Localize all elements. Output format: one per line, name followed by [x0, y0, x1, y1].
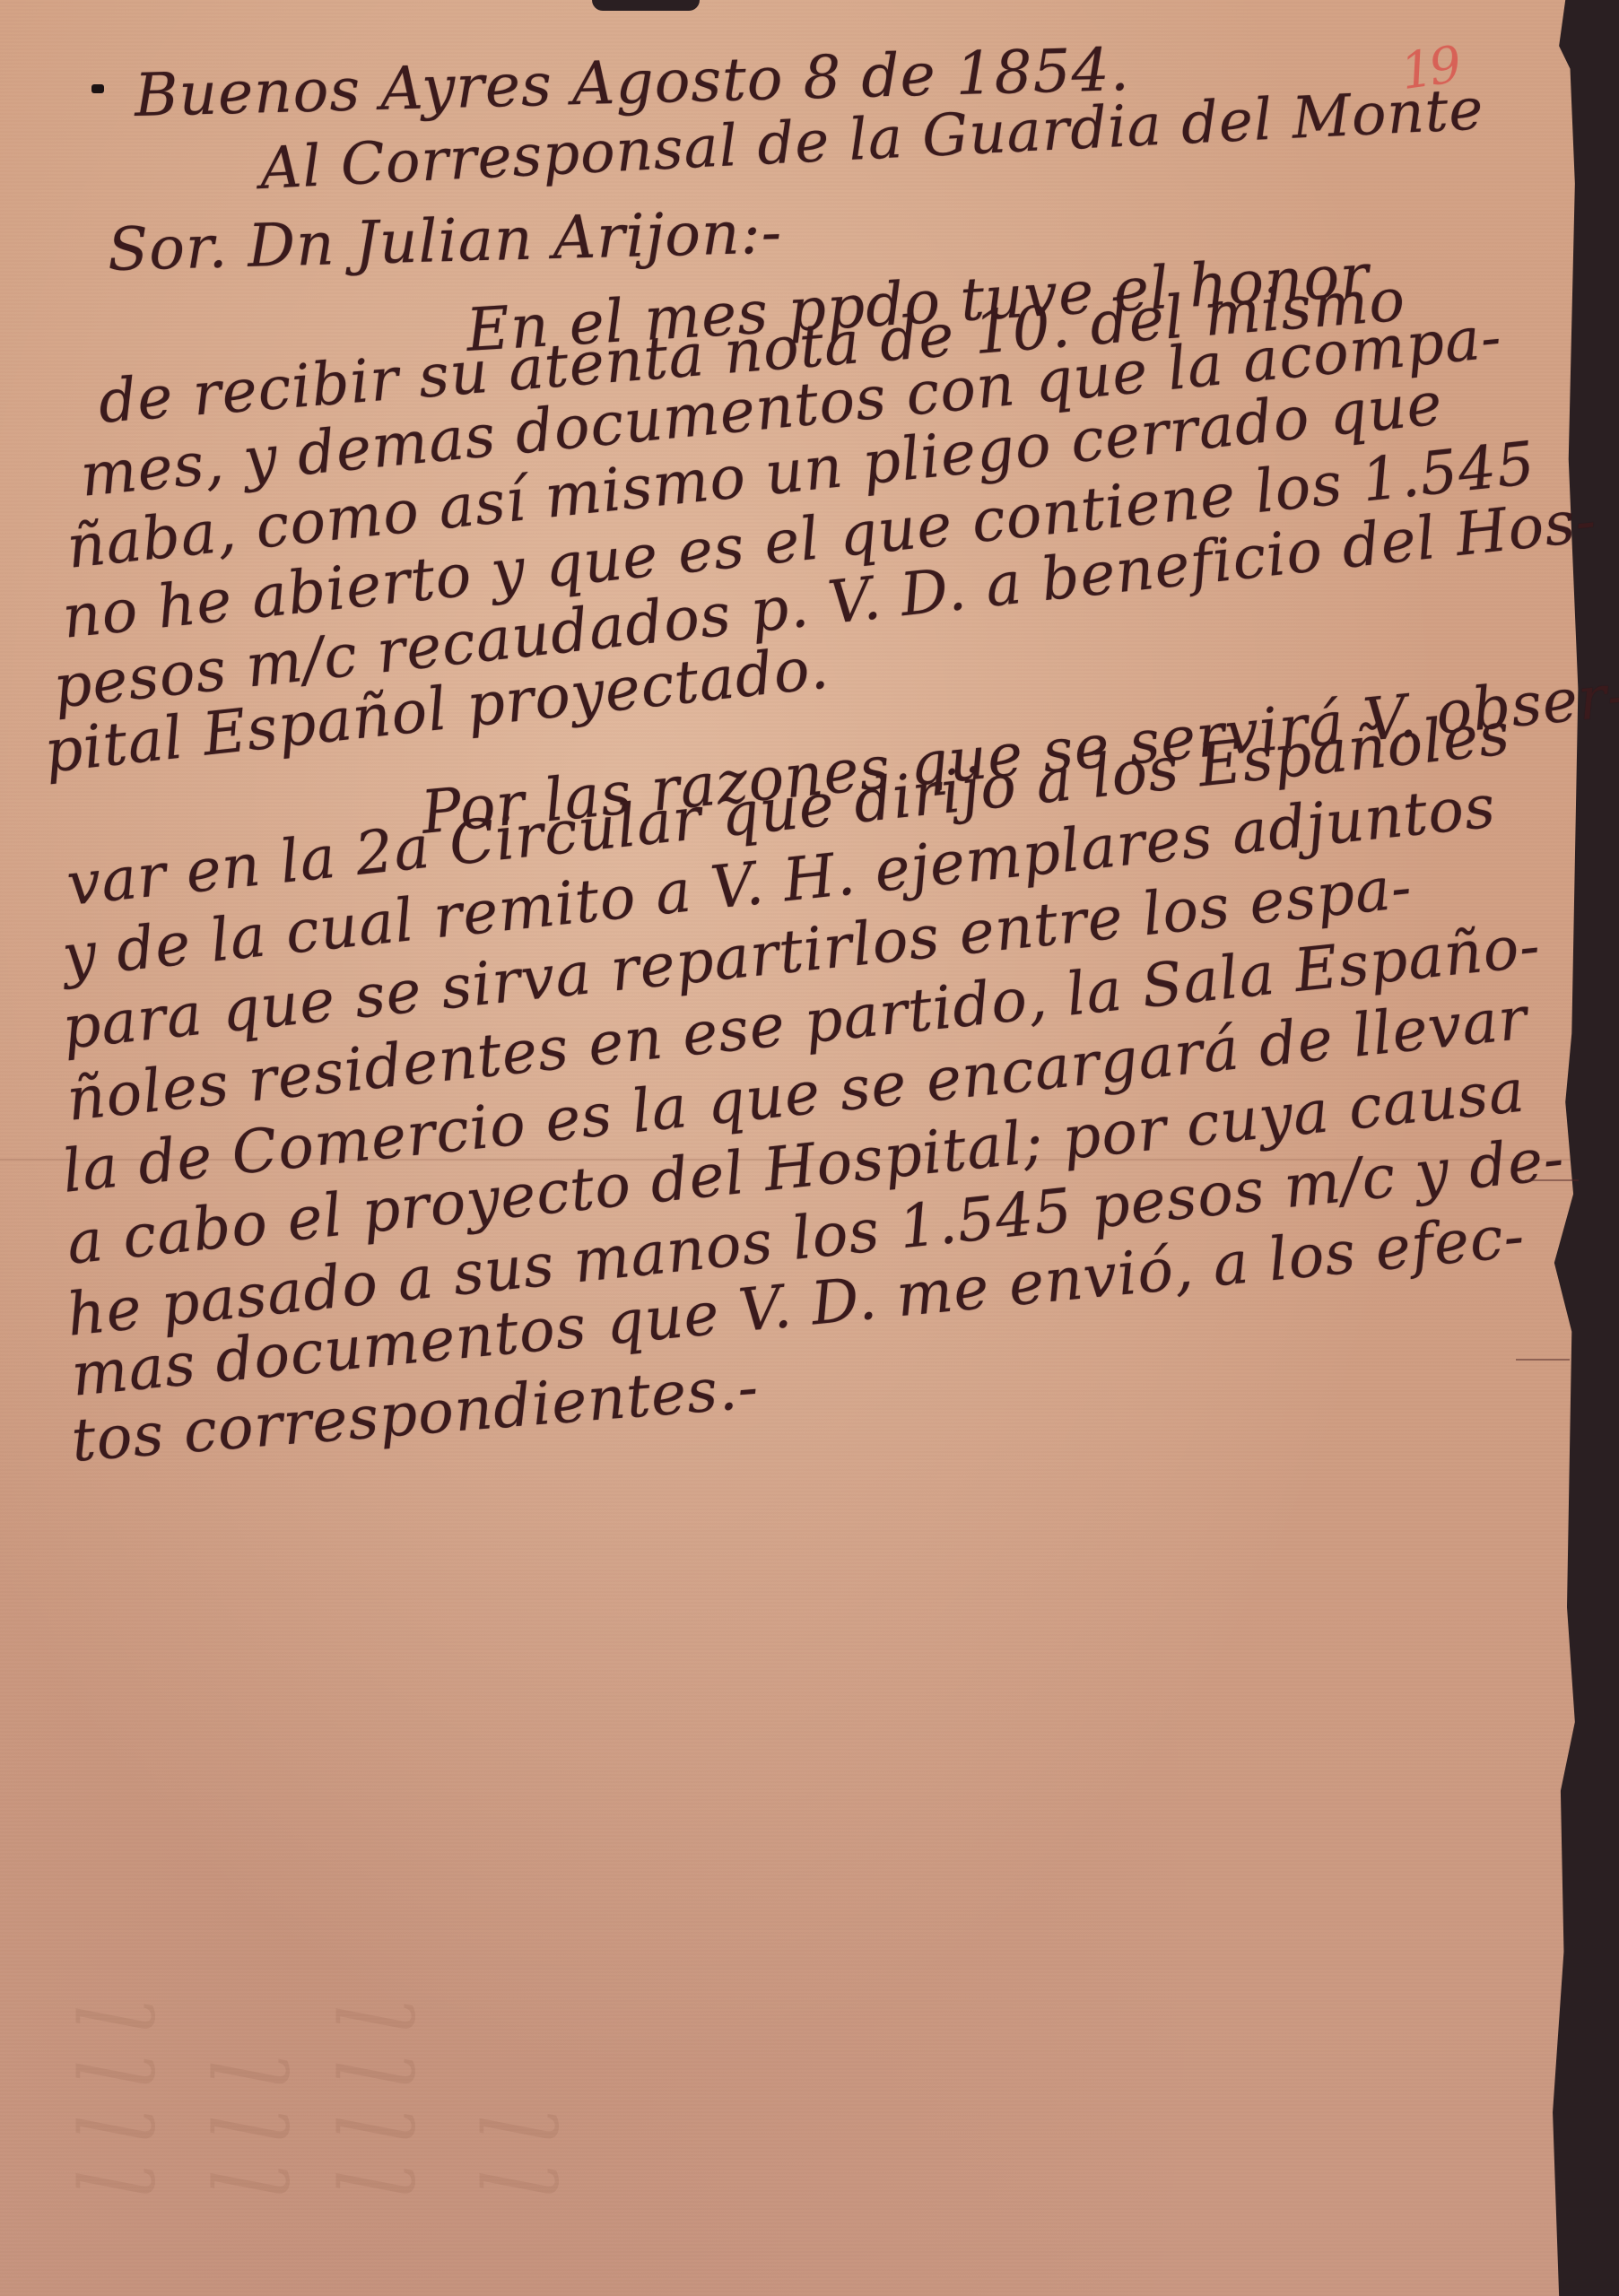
edge-tear — [1525, 1179, 1579, 1181]
edge-tear — [1516, 1359, 1570, 1361]
letter-body: Buenos Ayres Agosto 8 de 1854. Al Corres… — [0, 0, 1588, 2296]
document-scan: ɭ ɭ ɭ ɭ ɭ ɭ ɭ ɭ ɭ ɭ ɭ ɭ ɭ 19 Buenos Ayre… — [0, 0, 1619, 2296]
recipient-name-line: Sor. Dn Julian Arijon:- — [107, 197, 783, 284]
